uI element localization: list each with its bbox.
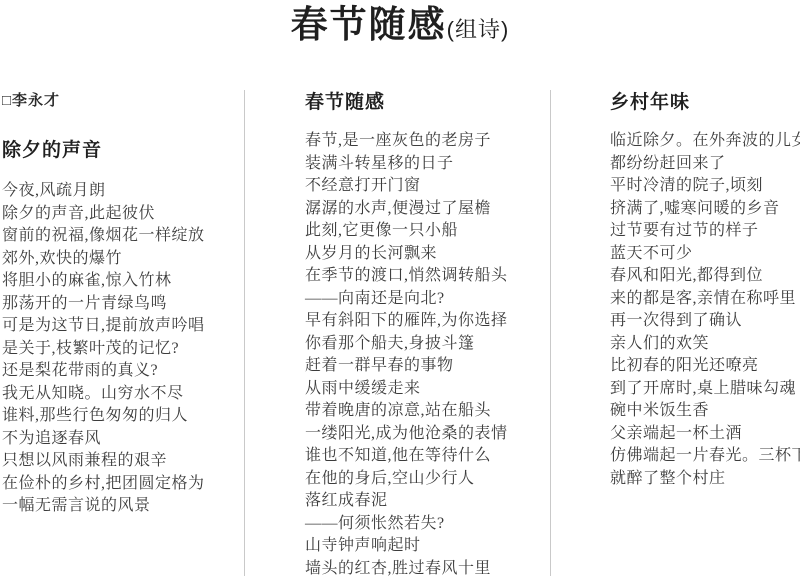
poetry-magazine-page: 春节随感(组诗) □李永才 除夕的声音 今夜,风疏月朗除夕的声音,此起彼伏窗前的…	[0, 0, 800, 576]
poem-title-chuxi-de-shengyin: 除夕的声音	[2, 140, 242, 162]
poem-line: 蓝天不可少	[610, 243, 799, 266]
poem-line: 一幅无需言说的风景	[2, 495, 242, 518]
poem-line: 临近除夕。在外奔波的儿女	[610, 130, 799, 153]
poem-line: 除夕的声音,此起彼伏	[2, 203, 242, 226]
poem-line: 你看那个船夫,身披斗篷	[305, 333, 548, 356]
poem-line: ——向南还是向北?	[305, 288, 548, 311]
poem-line: 是关于,枝繁叶茂的记忆?	[2, 338, 242, 361]
poem-title-chunjie-suigan: 春节随感	[305, 92, 548, 114]
author-byline: □李永才	[2, 92, 242, 110]
column-poem-xiangcun: 乡村年味 临近除夕。在外奔波的儿女都纷纷赶回来了平时冷清的院子,顷刻挤满了,嘘寒…	[610, 92, 799, 490]
poem-line: 山寺钟声响起时	[305, 535, 548, 558]
poem-line: 来的都是客,亲情在称呼里	[610, 288, 799, 311]
poem-line: 到了开席时,桌上腊味勾魂	[610, 378, 799, 401]
poem-line: 谁也不知道,他在等待什么	[305, 445, 548, 468]
poem-line: 不为追逐春风	[2, 428, 242, 451]
poem-body-xiangcun: 临近除夕。在外奔波的儿女都纷纷赶回来了平时冷清的院子,顷刻挤满了,嘘寒问暖的乡音…	[610, 130, 799, 490]
poem-line: 挤满了,嘘寒问暖的乡音	[610, 198, 799, 221]
poem-line: 仿佛端起一片春光。三杯下去	[610, 445, 799, 468]
poem-line: 落红成春泥	[305, 490, 548, 513]
poem-line: 都纷纷赶回来了	[610, 153, 799, 176]
poem-line: 比初春的阳光还嘹亮	[610, 355, 799, 378]
page-title-main: 春节随感	[291, 4, 447, 45]
poem-line: 装满斗转星移的日子	[305, 153, 548, 176]
column-divider-right	[550, 90, 551, 576]
poem-line: 春风和阳光,都得到位	[610, 265, 799, 288]
poem-line: 从雨中缓缓走来	[305, 378, 548, 401]
poem-line: 潺潺的水声,便漫过了屋檐	[305, 198, 548, 221]
poem-line: 早有斜阳下的雁阵,为你选择	[305, 310, 548, 333]
poem-body-chunjie: 春节,是一座灰色的老房子装满斗转星移的日子不经意打开门窗潺潺的水声,便漫过了屋檐…	[305, 130, 548, 576]
poem-line: 我无从知晓。山穷水不尽	[2, 383, 242, 406]
poem-line: 墙头的红杏,胜过春风十里	[305, 558, 548, 576]
poem-line: 再一次得到了确认	[610, 310, 799, 333]
poem-line: 可是为这节日,提前放声吟唱	[2, 315, 242, 338]
poem-line: 春节,是一座灰色的老房子	[305, 130, 548, 153]
poem-line: 就醉了整个村庄	[610, 468, 799, 491]
poem-line: 只想以风雨兼程的艰辛	[2, 450, 242, 473]
poem-line: 在他的身后,空山少行人	[305, 468, 548, 491]
poem-line: 在俭朴的乡村,把团圆定格为	[2, 473, 242, 496]
poem-line: 一缕阳光,成为他沧桑的表情	[305, 423, 548, 446]
poem-line: 此刻,它更像一只小船	[305, 220, 548, 243]
poem-line: ——何须怅然若失?	[305, 513, 548, 536]
page-title-suffix: (组诗)	[447, 17, 510, 42]
poem-line: 父亲端起一杯土酒	[610, 423, 799, 446]
poem-line: 过节要有过节的样子	[610, 220, 799, 243]
poem-line: 那荡开的一片青绿鸟鸣	[2, 293, 242, 316]
poem-line: 赶着一群早春的事物	[305, 355, 548, 378]
poem-line: 碗中米饭生香	[610, 400, 799, 423]
poem-line: 从岁月的长河飘来	[305, 243, 548, 266]
poem-body-chuxi: 今夜,风疏月朗除夕的声音,此起彼伏窗前的祝福,像烟花一样绽放郊外,欢快的爆竹将胆…	[2, 180, 242, 518]
poem-line: 在季节的渡口,悄然调转船头	[305, 265, 548, 288]
page-title: 春节随感(组诗)	[0, 0, 800, 50]
poem-line: 亲人们的欢笑	[610, 333, 799, 356]
poem-line: 将胆小的麻雀,惊入竹林	[2, 270, 242, 293]
column-divider-left	[244, 90, 245, 576]
poem-line: 平时冷清的院子,顷刻	[610, 175, 799, 198]
poem-line: 窗前的祝福,像烟花一样绽放	[2, 225, 242, 248]
column-poem-chuxi: □李永才 除夕的声音 今夜,风疏月朗除夕的声音,此起彼伏窗前的祝福,像烟花一样绽…	[2, 92, 242, 518]
column-poem-chunjie: 春节随感 春节,是一座灰色的老房子装满斗转星移的日子不经意打开门窗潺潺的水声,便…	[305, 92, 548, 576]
poem-line: 郊外,欢快的爆竹	[2, 248, 242, 271]
poem-line: 带着晚唐的凉意,站在船头	[305, 400, 548, 423]
poem-line: 还是梨花带雨的真义?	[2, 360, 242, 383]
poem-title-xiangcun-nianwei: 乡村年味	[610, 92, 799, 114]
poem-line: 今夜,风疏月朗	[2, 180, 242, 203]
poem-line: 谁料,那些行色匆匆的归人	[2, 405, 242, 428]
poem-line: 不经意打开门窗	[305, 175, 548, 198]
